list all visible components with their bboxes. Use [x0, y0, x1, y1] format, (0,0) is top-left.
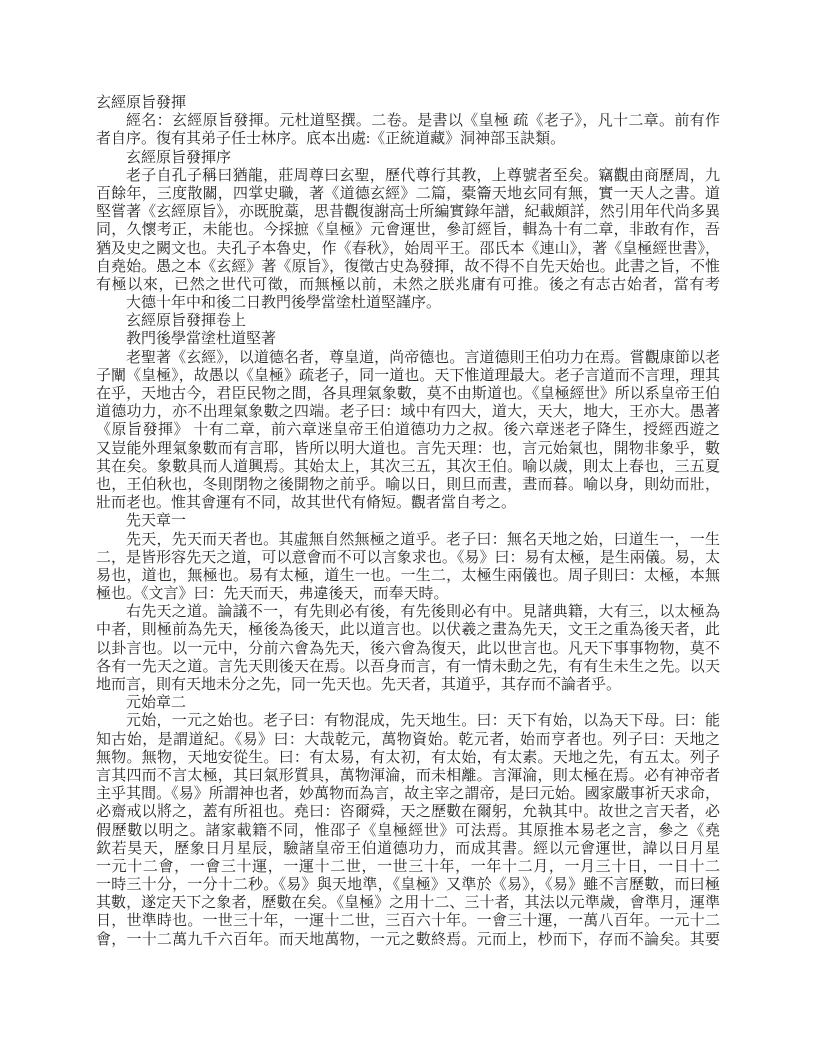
text-line: 假歷數以明之。諸家載籍不同，惟邵子《皇極經世》可法焉。其原推本易老之言，參之《堯…: [96, 822, 720, 840]
text-line: 堅嘗著《玄經原旨》，亦既脫藁，思昔觀復謝高士所編實錄年譜，紀載頗詳，然引用年代尚…: [96, 203, 720, 221]
text-line: 其在矣。象數具而人道興焉。其始太上，其次三五，其次王伯。喻以歲，則太上春也，三五…: [96, 458, 720, 476]
document-content: 玄經原旨發揮經名：玄經原旨發揮。元杜道堅撰。二卷。是書以《皇極 疏《老子》，凡十…: [96, 94, 720, 949]
text-line: 老子自孔子稱曰猶龍，莊周尊曰玄聖，歷代尊行其教，上尊號者至矣。竊觀由商歷周，九: [96, 167, 720, 185]
text-line: 各有一先天之道。言先天則後天在焉。以吾身而言，有一情未動之先，有有生未生之先。以…: [96, 658, 720, 676]
text-line: 地而言，則有天地未分之先，同一先天也。先天者，其道乎，其存而不論者乎。: [96, 676, 720, 694]
text-line: 猶及史之闕文也。夫孔子本魯史，作《春秋》，始周平王。邵氏本《連山》，著《皇極經世…: [96, 240, 720, 258]
text-line: 易也，道也，無極也。易有太極，道生一也。一生二，太極生兩儀也。周子則曰：太極，本…: [96, 567, 720, 585]
text-line: 同，久懷考正，未能也。今採摭《皇極》元會運世，參訂經旨，輯為十有二章，非敢有作，…: [96, 221, 720, 239]
text-line: 知古始，是謂道紀。《易》曰：大哉乾元，萬物資始。乾元者，始而亨者也。列子曰：天地…: [96, 731, 720, 749]
text-line: 中者，則極前為先天，極後為後天，此以道言也。以伏羲之畫為先天，文王之重為後天者，…: [96, 621, 720, 639]
text-line: 自堯始。愚之本《玄經》著《原旨》，復徵古史為發揮，故不得不自先天始也。此書之旨，…: [96, 258, 720, 276]
text-line: 百餘年，三度散關，四掌史職，著《道德玄經》二篇，橐籥天地玄同有無，實一天人之書。…: [96, 185, 720, 203]
text-line: 道德功力，亦不出理氣象數之四端。老子曰：域中有四大，道大，天大，地大，王亦大。愚…: [96, 403, 720, 421]
text-line: 先天，先天而天者也。其虛無自然無極之道乎。老子曰：無名天地之始，曰道生一，一生: [96, 531, 720, 549]
text-line: 大德十年中和後二日教門後學當塗杜道堅謹序。: [96, 294, 720, 312]
text-line: 其數，遂定天下之象者，歷數在矣。《皇極》之用十二、三十者，其法以元準歲，會準月，…: [96, 894, 720, 912]
text-line: 二，是皆形容先天之道，可以意會而不可以言象求也。《易》曰：易有太極，是生兩儀。易…: [96, 549, 720, 567]
text-line: 在乎，天地古今，君臣民物之間，各具理氣象數，莫不由斯道也。《皇極經世》所以系皇帝…: [96, 385, 720, 403]
text-line: 欽若昊天，歷象日月星辰，驗諸皇帝王伯道德功力，而成其書。經以元會運世，諱以日月星…: [96, 840, 720, 858]
document-page: 玄經原旨發揮經名：玄經原旨發揮。元杜道堅撰。二卷。是書以《皇極 疏《老子》，凡十…: [0, 0, 816, 1056]
text-line: 日，世準時也。一世三十年，一運十二世，三百六十年。一會三十運，一萬八百年。一元十…: [96, 912, 720, 930]
text-line: 壯而老也。惟其會運有不同，故其世代有脩短。觀者當自考之。: [96, 494, 720, 512]
text-line: 玄經原旨發揮: [96, 94, 720, 112]
text-line: 必齋戒以將之，蓋有所祖也。堯曰：咨爾舜，天之歷數在爾躬，允執其中。故世之言天者，…: [96, 803, 720, 821]
text-line: 也，王伯秋也，冬則閉物之後開物之前乎。喻以日，則旦而晝，晝而暮。喻以身，則幼而壯…: [96, 476, 720, 494]
text-line: 極也。《文言》曰：先天而天，弗違後天，而奉天時。: [96, 585, 720, 603]
text-line: 子闡《皇極》，故愚以《皇極》疏老子，同一道也。天下惟道理最大。老子言道而不言理，…: [96, 367, 720, 385]
text-line: 元始，一元之始也。老子曰：有物混成，先天地生。曰：天下有始，以為天下母。曰：能: [96, 712, 720, 730]
text-line: 主乎其間。《易》所謂神也者，妙萬物而為言，故主宰之謂帝，是曰元始。國家嚴事祈天求…: [96, 785, 720, 803]
text-line: 一元十二會，一會三十運，一運十二世，一世三十年，一年十二月，一月三十日，一日十二…: [96, 858, 720, 876]
text-line: 無物。無物，天地安從生。曰：有太易，有太初，有太始，有太素。天地之先，有五太。列…: [96, 749, 720, 767]
text-line: 有極以來，已然之世代可徵，而無極以前，未然之朕兆庸有可推。後之有志古始者，當有考…: [96, 276, 720, 294]
text-line: 以卦言也。以一元中，分前六會為先天，後六會為復天，此以世言也。凡天下事事物物，莫…: [96, 640, 720, 658]
text-line: 者自序。復有其弟子任士林序。底本出處:《正統道藏》洞神部玉訣類。: [96, 130, 720, 148]
text-line: 一時三十分，一分十二秒。《易》與天地準，《皇極》又準於《易》，《易》雖不言歷數，…: [96, 876, 720, 894]
text-line: 玄經原旨發揮卷上: [96, 312, 720, 330]
text-line: 又豈能外理氣象數而有言耶，皆所以明大道也。言先天理：也，言元始氣也，開物非象乎，…: [96, 440, 720, 458]
text-line: 先天章一: [96, 512, 720, 530]
text-line: 《原旨發揮》 十有二章，前六章迷皇帝王伯道德功力之叔。後六章迷老子降生，授經西遊…: [96, 421, 720, 439]
text-line: 元始章二: [96, 694, 720, 712]
text-line: 言其四而不言太極，其曰氣形質具，萬物渾淪，而未相離。言渾淪，則太極在焉。必有神帝…: [96, 767, 720, 785]
text-line: 玄經原旨發揮序: [96, 149, 720, 167]
text-line: 教門後學當塗杜道堅著: [96, 330, 720, 348]
text-line: 經名：玄經原旨發揮。元杜道堅撰。二卷。是書以《皇極 疏《老子》，凡十二章。前有作: [96, 112, 720, 130]
text-line: 老聖著《玄經》，以道德名者，尊皇道，尚帝德也。言道德則王伯功力在焉。嘗觀康節以老: [96, 349, 720, 367]
text-line: 右先天之道。論議不一，有先則必有後，有先後則必有中。見諸典籍，大有三，以太極為: [96, 603, 720, 621]
text-line: 會，一十二萬九千六百年。而天地萬物，一元之數終焉。元而上，杪而下，存而不論矣。其…: [96, 931, 720, 949]
